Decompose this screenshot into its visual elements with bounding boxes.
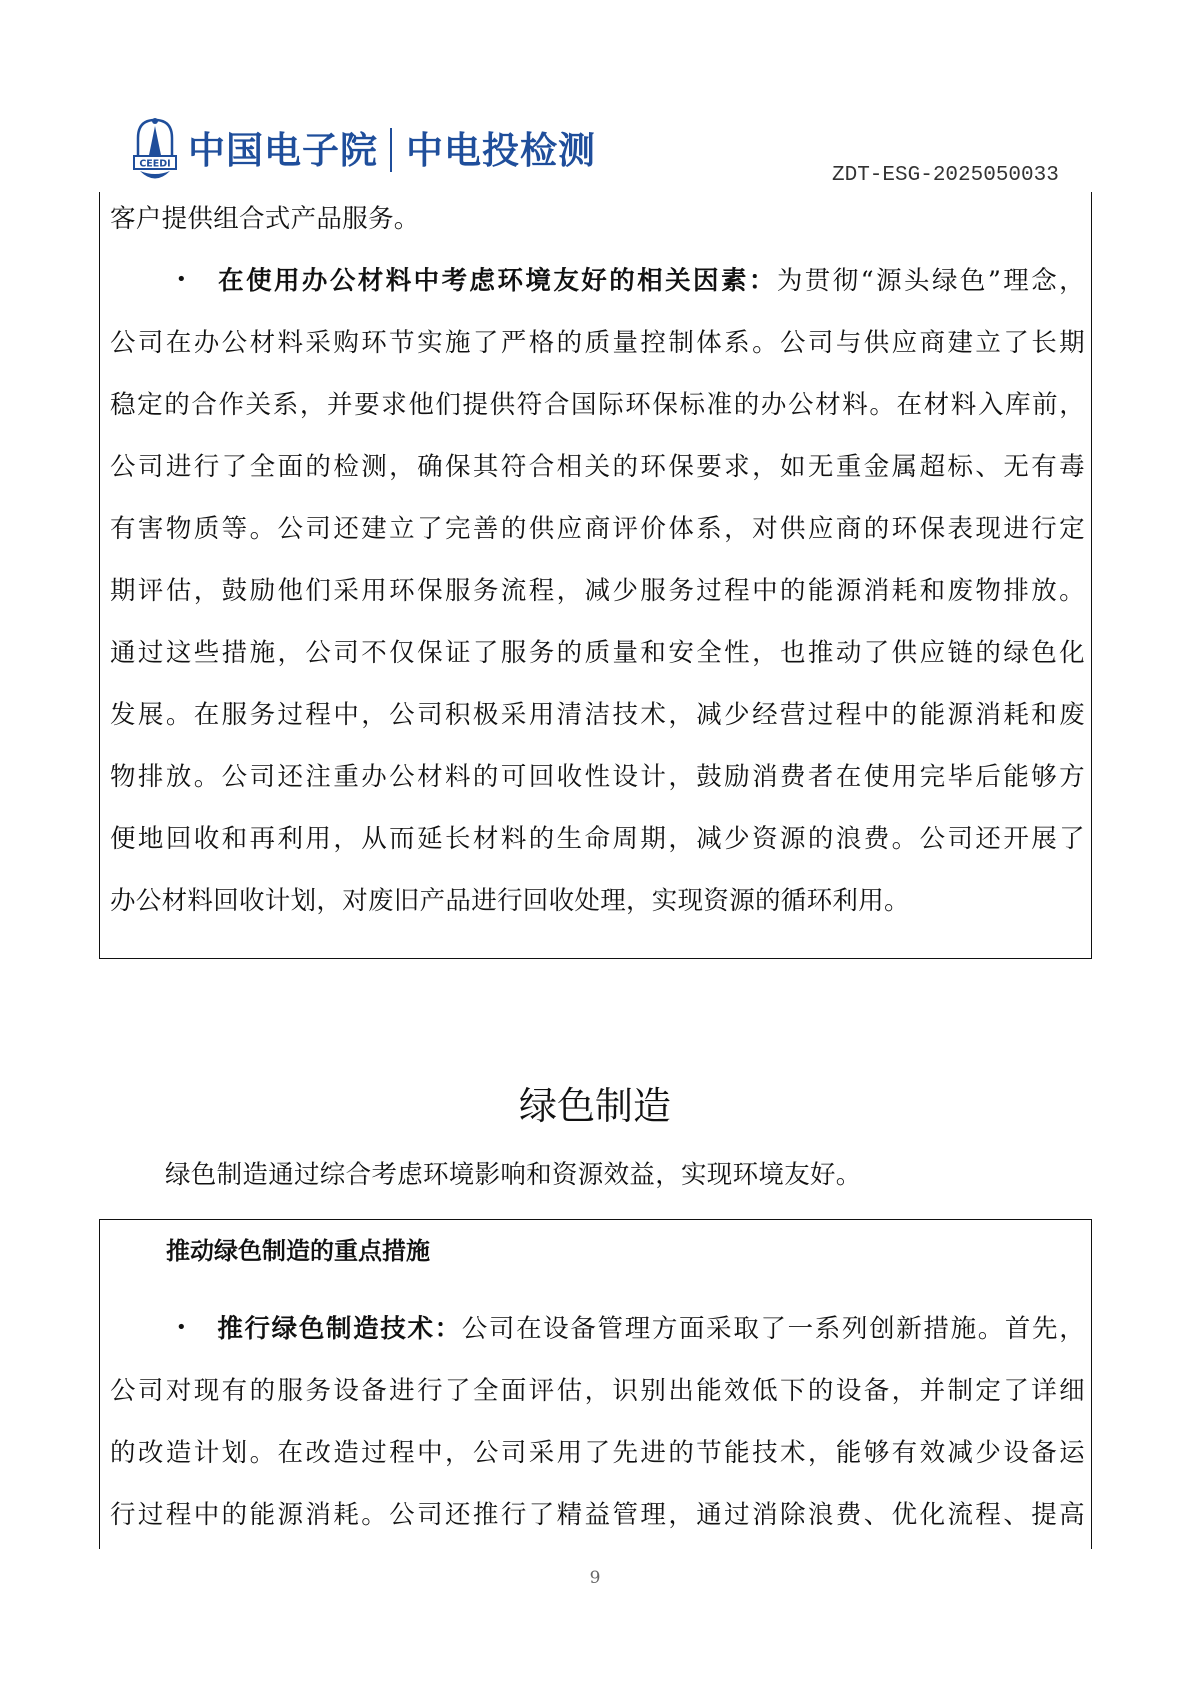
paragraph-line: 稳定的合作关系，并要求他们提供符合国际环保标准的办公材料。在材料入库前，	[110, 390, 1085, 420]
section-title: 绿色制造	[0, 1083, 1190, 1129]
section-intro: 绿色制造通过综合考虑环境影响和资源效益，实现环境友好。	[165, 1160, 862, 1190]
bullet-item-office-materials: •在使用办公材料中考虑环境友好的相关因素：为贯彻“源头绿色”理念，	[110, 266, 1085, 297]
paragraph-line: 公司进行了全面的检测，确保其符合相关的环保要求，如无重金属超标、无有毒	[110, 452, 1085, 482]
logo-divider	[390, 128, 392, 172]
paragraph-line: 的改造计划。在改造过程中，公司采用了先进的节能技术，能够有效减少设备运	[110, 1438, 1085, 1468]
paragraph-line: 物排放。公司还注重办公材料的可回收性设计，鼓励消费者在使用完毕后能够方	[110, 762, 1085, 792]
paragraph-line: 公司在设备管理方面采取了一系列创新措施。首先，	[462, 1314, 1085, 1344]
paragraph-line: 发展。在服务过程中，公司积极采用清洁技术，减少经营过程中的能源消耗和废	[110, 700, 1085, 730]
paragraph-line: 公司在办公材料采购环节实施了严格的质量控制体系。公司与供应商建立了长期	[110, 328, 1085, 358]
content-box-office-materials: 客户提供组合式产品服务。 •在使用办公材料中考虑环境友好的相关因素：为贯彻“源头…	[99, 192, 1092, 959]
bullet-item-green-tech: •推行绿色制造技术：公司在设备管理方面采取了一系列创新措施。首先，	[110, 1314, 1085, 1345]
svg-text:CEEDI: CEEDI	[139, 159, 170, 170]
bullet-icon: •	[176, 265, 216, 295]
logo-text-left: 中国电子院	[188, 132, 378, 169]
paragraph-line: 公司对现有的服务设备进行了全面评估，识别出能效低下的设备，并制定了详细	[110, 1376, 1085, 1406]
box-heading: 推动绿色制造的重点措施	[166, 1236, 430, 1266]
paragraph-line: 通过这些措施，公司不仅保证了服务的质量和安全性，也推动了供应链的绿色化	[110, 638, 1085, 668]
page-number: 9	[0, 1568, 1190, 1588]
paragraph-line: 办公材料回收计划，对废旧产品进行回收处理，实现资源的循环利用。	[110, 886, 910, 916]
paragraph-line: 为贯彻“源头绿色”理念，	[777, 266, 1085, 296]
paragraph-line: 有害物质等。公司还建立了完善的供应商评价体系，对供应商的环保表现进行定	[110, 514, 1085, 544]
paragraph-line: 行过程中的能源消耗。公司还推行了精益管理，通过消除浪费、优化流程、提高	[110, 1500, 1085, 1530]
ceedi-emblem-icon: CEEDI	[130, 116, 180, 184]
paragraph-line: 便地回收和再利用，从而延长材料的生命周期，减少资源的浪费。公司还开展了	[110, 824, 1085, 854]
continued-text-line: 客户提供组合式产品服务。	[110, 204, 420, 234]
bullet-item-title: 在使用办公材料中考虑环境友好的相关因素：	[216, 266, 777, 296]
paragraph-line: 期评估，鼓励他们采用环保服务流程，减少服务过程中的能源消耗和废物排放。	[110, 576, 1085, 606]
bullet-icon: •	[176, 1313, 216, 1343]
content-box-green-manufacturing: 推动绿色制造的重点措施 •推行绿色制造技术：公司在设备管理方面采取了一系列创新措…	[99, 1219, 1092, 1549]
document-id: ZDT-ESG-2025050033	[832, 164, 1059, 187]
company-logo: CEEDI 中国电子院 中电投检测	[130, 114, 596, 186]
bullet-item-title: 推行绿色制造技术：	[216, 1314, 462, 1344]
logo-text-right: 中电投检测	[406, 132, 596, 169]
